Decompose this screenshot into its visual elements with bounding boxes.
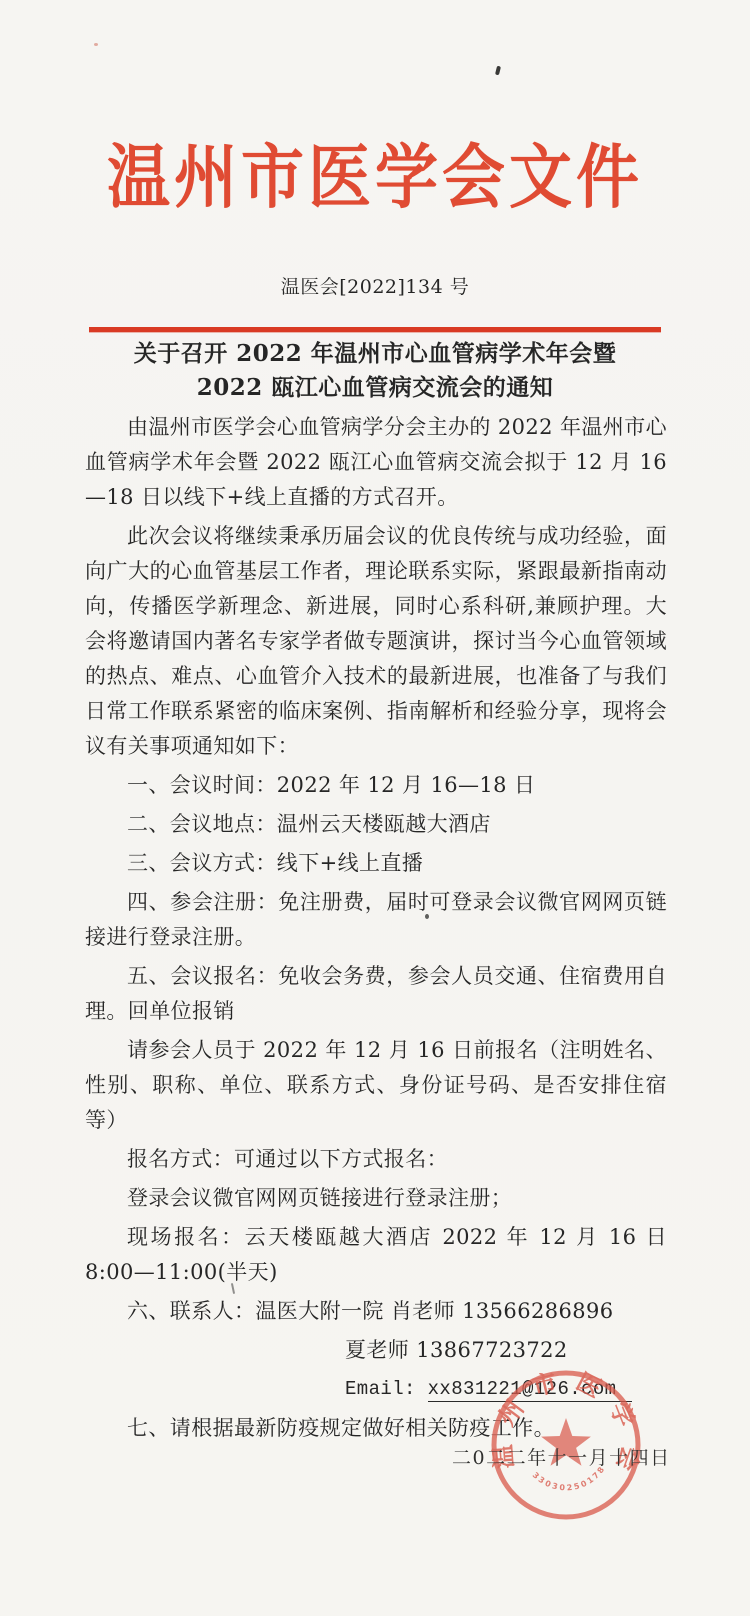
body-paragraph: 登录会议微官网网页链接进行登录注册； bbox=[85, 1181, 667, 1216]
document-title: 关于召开 2022 年温州市心血管病学术年会暨 2022 瓯江心血管病交流会的通… bbox=[0, 337, 750, 405]
list-item-meeting-place: 二、会议地点：温州云天楼瓯越大酒店 bbox=[85, 807, 667, 842]
list-item-meeting-time: 一、会议时间：2022 年 12 月 16—18 日 bbox=[85, 768, 667, 803]
list-item-signup: 五、会议报名：免收会务费，参会人员交通、住宿费用自理。回单位报销 bbox=[85, 959, 667, 1029]
scan-speck bbox=[425, 914, 429, 919]
body-paragraph: 现场报名：云天楼瓯越大酒店 2022 年 12 月 16 日 8:00—11:0… bbox=[85, 1220, 667, 1290]
document-title-line1: 关于召开 2022 年温州市心血管病学术年会暨 bbox=[0, 337, 750, 371]
scan-speck bbox=[495, 66, 501, 76]
list-item-contacts: 六、联系人：温医大附一院 肖老师 13566286896 bbox=[85, 1294, 667, 1329]
document-title-line2: 2022 瓯江心血管病交流会的通知 bbox=[0, 371, 750, 405]
body-paragraph: 报名方式：可通过以下方式报名： bbox=[85, 1142, 667, 1177]
document-body: 由温州市医学会心血管病学分会主办的 2022 年温州市心血管病学术年会暨 202… bbox=[85, 410, 667, 1450]
body-paragraph: 此次会议将继续秉承历届会议的优良传统与成功经验，面向广大的心血管基层工作者，理论… bbox=[85, 519, 667, 764]
body-paragraph: 请参会人员于 2022 年 12 月 16 日前报名（注明姓名、性别、职称、单位… bbox=[85, 1033, 667, 1138]
red-divider-rule bbox=[89, 327, 661, 332]
signature-date: 二0二二年十一月十四日 bbox=[452, 1443, 671, 1470]
list-item-registration: 四、参会注册：免注册费，届时可登录会议微官网网页链接进行登录注册。 bbox=[85, 885, 667, 955]
org-header-title: 温州市医学会文件 bbox=[0, 122, 750, 222]
scanned-document-page: 温州市医学会文件 温医会[2022]134 号 关于召开 2022 年温州市心血… bbox=[0, 0, 750, 1616]
body-paragraph: 由温州市医学会心血管病学分会主办的 2022 年温州市心血管病学术年会暨 202… bbox=[85, 410, 667, 515]
list-item-meeting-mode: 三、会议方式：线下+线上直播 bbox=[85, 846, 667, 881]
scan-speck bbox=[94, 43, 98, 46]
email-label: Email: bbox=[345, 1378, 428, 1400]
document-number: 温医会[2022]134 号 bbox=[0, 272, 750, 299]
